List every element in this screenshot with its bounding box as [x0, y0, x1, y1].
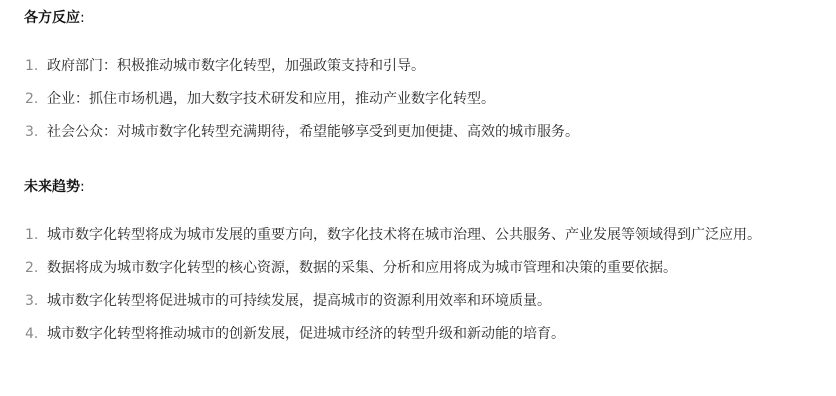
list-number: 3.	[25, 291, 38, 312]
section-heading-reactions: 各方反应:	[24, 8, 85, 28]
list-number: 1.	[25, 225, 38, 246]
list-item: 3. 社会公众：对城市数字化转型充满期待，希望能够享受到更加便捷、高效的城市服务…	[24, 122, 814, 143]
list-item-text: 城市数字化转型将促进城市的可持续发展，提高城市的资源利用效率和环境质量。	[47, 293, 551, 309]
list-number: 3.	[25, 122, 38, 143]
list-item-text: 社会公众：对城市数字化转型充满期待，希望能够享受到更加便捷、高效的城市服务。	[47, 124, 579, 140]
list-item-text: 城市数字化转型将推动城市的创新发展，促进城市经济的转型升级和新动能的培育。	[47, 326, 565, 342]
heading-text: 未来趋势	[24, 179, 80, 195]
list-item-text: 数据将成为城市数字化转型的核心资源，数据的采集、分析和应用将成为城市管理和决策的…	[47, 260, 677, 276]
list-number: 4.	[25, 324, 38, 345]
heading-text: 各方反应	[24, 10, 80, 26]
heading-colon: :	[80, 10, 85, 26]
section-heading-future-trends: 未来趋势:	[24, 177, 85, 197]
list-item-text: 企业：抓住市场机遇，加大数字技术研发和应用，推动产业数字化转型。	[47, 91, 495, 107]
list-item-text: 城市数字化转型将成为城市发展的重要方向，数字化技术将在城市治理、公共服务、产业发…	[47, 227, 761, 243]
list-item: 1. 政府部门：积极推动城市数字化转型，加强政策支持和引导。	[24, 56, 814, 77]
reactions-list: 1. 政府部门：积极推动城市数字化转型，加强政策支持和引导。 2. 企业：抓住市…	[24, 56, 814, 155]
list-item: 2. 企业：抓住市场机遇，加大数字技术研发和应用，推动产业数字化转型。	[24, 89, 814, 110]
future-trends-list: 1. 城市数字化转型将成为城市发展的重要方向，数字化技术将在城市治理、公共服务、…	[24, 225, 814, 357]
list-number: 1.	[25, 56, 38, 77]
list-number: 2.	[25, 89, 38, 110]
list-number: 2.	[25, 258, 38, 279]
list-item-text: 政府部门：积极推动城市数字化转型，加强政策支持和引导。	[47, 58, 425, 74]
list-item: 4. 城市数字化转型将推动城市的创新发展，促进城市经济的转型升级和新动能的培育。	[24, 324, 814, 345]
heading-colon: :	[80, 179, 85, 195]
list-item: 1. 城市数字化转型将成为城市发展的重要方向，数字化技术将在城市治理、公共服务、…	[24, 225, 814, 246]
list-item: 2. 数据将成为城市数字化转型的核心资源，数据的采集、分析和应用将成为城市管理和…	[24, 258, 814, 279]
list-item: 3. 城市数字化转型将促进城市的可持续发展，提高城市的资源利用效率和环境质量。	[24, 291, 814, 312]
